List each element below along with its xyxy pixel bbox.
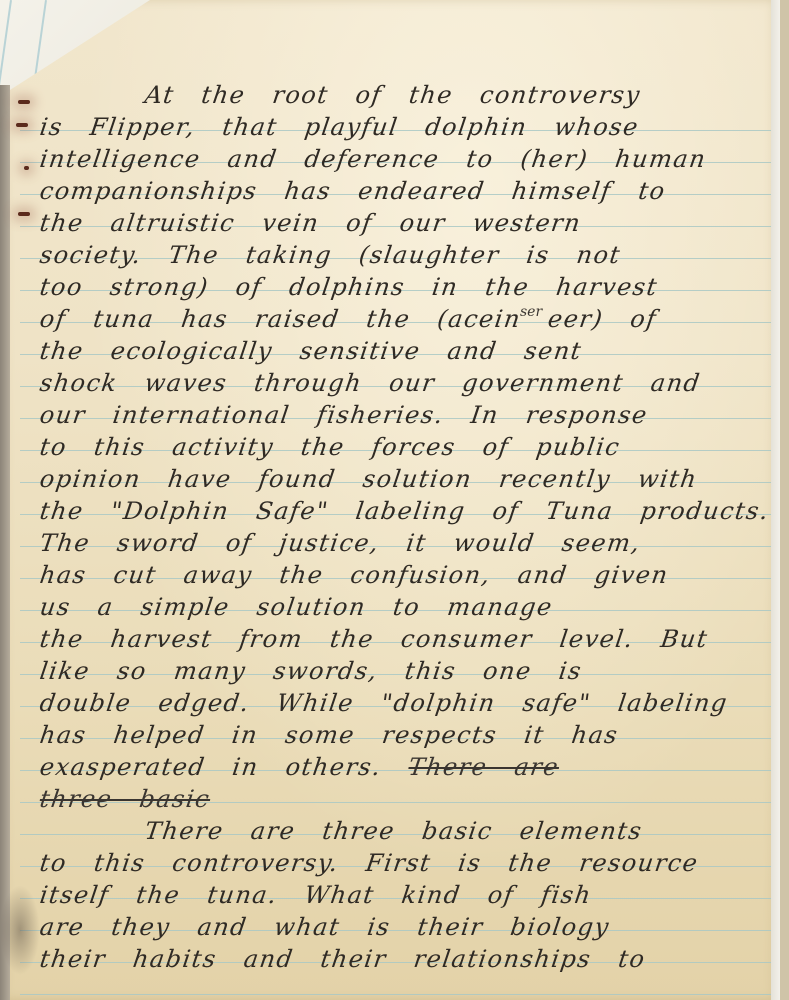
manuscript-line: us a simple solution to manage [38,590,763,624]
manuscript-line: is Flipper, that playful dolphin whose [38,110,763,144]
line-text: opinion have found solution recently wit… [38,465,699,493]
line-text: At the root of the controversy [143,81,643,109]
line-text: the "Dolphin Safe" labeling of Tuna prod… [38,497,771,525]
line-text: shock waves through our government and [38,369,703,397]
line-text: our international fisheries. In response [38,401,650,429]
manuscript-line: intelligence and deference to (her) huma… [38,142,763,176]
line-text: There are three basic elements [143,817,644,845]
line-text: The sword of justice, it would seem, [38,529,643,557]
line-text: double edged. While "dolphin safe" label… [38,689,730,717]
manuscript-line: The sword of justice, it would seem, [38,526,763,560]
manuscript-line: companionships has endeared himself to [38,174,763,208]
line-text: their habits and their relationships to [38,945,647,973]
manuscript-line: itself the tuna. What kind of fish [38,878,763,912]
margin-mark [18,212,30,216]
line-text: companionships has endeared himself to [38,177,668,205]
line-text: exasperated in others. [38,753,383,781]
line-text: to this controversy. First is the resour… [38,849,700,877]
line-text: itself the tuna. What kind of fish [38,881,594,909]
line-text: of tuna has raised the (acein eer) of [38,305,659,333]
struck-text: There are [407,753,561,781]
line-text: society. The taking (slaughter is not [38,241,623,269]
line-text: like so many swords, this one is [38,657,584,685]
manuscript-line: has cut away the confusion, and given [38,558,763,592]
margin-mark [16,123,28,127]
ruled-line [20,994,789,995]
line-text: the ecologically sensitive and sent [38,337,584,365]
manuscript-line: exasperated in others. There are [38,750,763,784]
manuscript-line: double edged. While "dolphin safe" label… [38,686,763,720]
line-text: to this activity the forces of public [38,433,622,461]
line-text: are they and what is their biology [38,913,612,941]
manuscript-line: the altruistic vein of our western [38,206,763,240]
manuscript-line: the "Dolphin Safe" labeling of Tuna prod… [38,494,763,528]
page-left-edge [0,85,10,1000]
margin-mark [18,100,30,104]
manuscript-line: shock waves through our government and [38,366,763,400]
margin-mark [24,166,29,170]
manuscript-line: three basic [38,782,763,816]
manuscript-line: like so many swords, this one is [38,654,763,688]
manuscript-line: has helped in some respects it has [38,718,763,752]
manuscript-line: to this controversy. First is the resour… [38,846,763,880]
line-text: the harvest from the consumer level. But [38,625,710,653]
line-text: us a simple solution to manage [38,593,555,621]
manuscript-line: to this activity the forces of public [38,430,763,464]
ink-smudge [0,885,40,975]
line-text: intelligence and deference to (her) huma… [38,145,708,173]
manuscript-line: our international fisheries. In response [38,398,763,432]
superscript-insertion: ser [520,304,542,320]
manuscript-line: the harvest from the consumer level. But [38,622,763,656]
manuscript-line: of tuna has raised the (acein eer) of [38,302,763,336]
photo-stage: At the root of the controversy is Flippe… [0,0,789,1000]
line-text: has cut away the confusion, and given [38,561,670,589]
line-text: the altruistic vein of our western [38,209,583,237]
manuscript-line: There are three basic elements [38,814,789,848]
line-text: too strong) of dolphins in the harvest [38,273,660,301]
struck-text: three basic [38,785,212,813]
page-right-edge [771,0,780,1000]
line-text: has helped in some respects it has [38,721,620,749]
manuscript-line: opinion have found solution recently wit… [38,462,763,496]
manuscript-line: At the root of the controversy [38,78,789,112]
manuscript-line: too strong) of dolphins in the harvest [38,270,763,304]
manuscript-line: the ecologically sensitive and sent [38,334,763,368]
line-text: is Flipper, that playful dolphin whose [38,113,641,141]
manuscript-line: society. The taking (slaughter is not [38,238,763,272]
manuscript-line: their habits and their relationships to [38,942,763,976]
manuscript-line: are they and what is their biology [38,910,763,944]
